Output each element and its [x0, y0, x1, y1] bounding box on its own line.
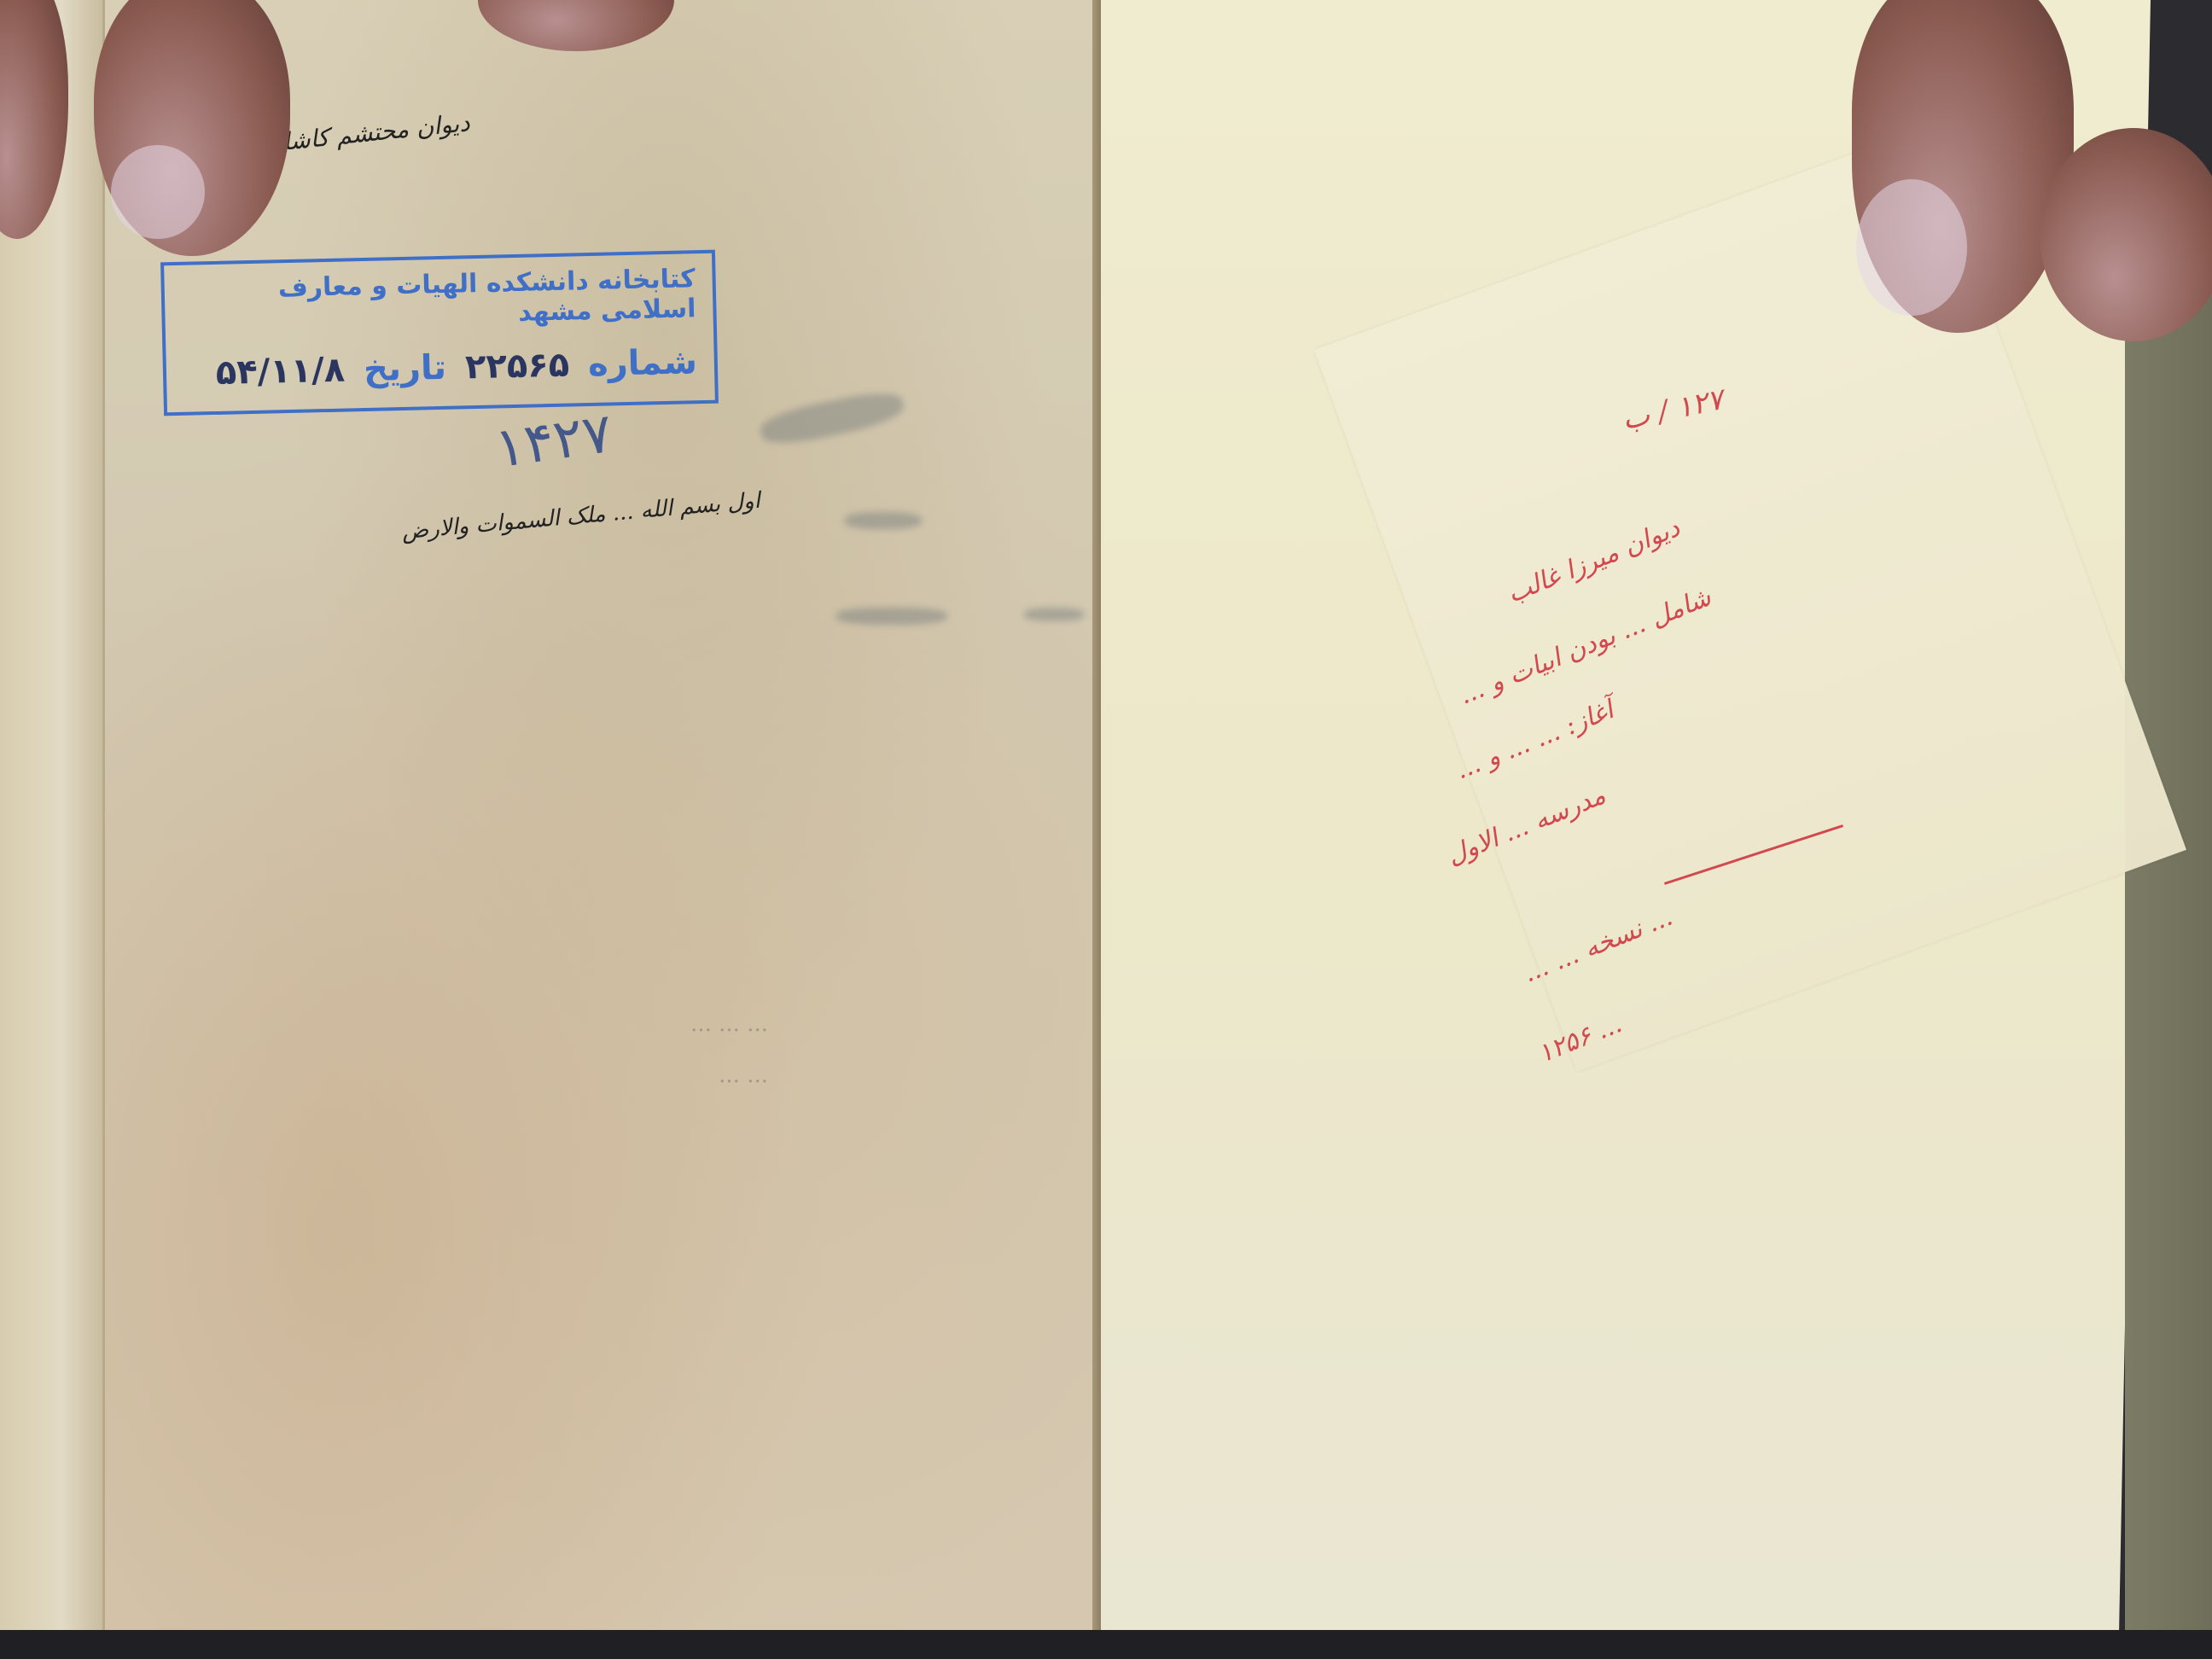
page-edge	[0, 0, 105, 1643]
faint-line: ... ...	[410, 1050, 768, 1101]
right-margin	[2125, 273, 2212, 1639]
stamp-institution: کتابخانه دانشکده الهیات و معارف اسلامی م…	[181, 264, 696, 335]
faint-line: ... ... ...	[410, 998, 768, 1050]
ink-smudge	[836, 608, 947, 625]
stamp-details: شماره ۲۲۵۶۵ تاریخ ۵۴/۱۱/۸	[183, 342, 697, 393]
faint-bleedthrough-text: ... ... ... ... ...	[410, 998, 768, 1101]
fingernail	[111, 145, 205, 239]
library-stamp: کتابخانه دانشکده الهیات و معارف اسلامی م…	[160, 250, 719, 416]
bottom-edge	[0, 1630, 2212, 1659]
manuscript-photo: دیوان محتشم کاشانی کتابخانه دانشکده الهی…	[0, 0, 2212, 1659]
fingernail	[1856, 179, 1967, 316]
stamp-date-label: تاریخ	[364, 348, 447, 389]
ink-smudge	[1024, 608, 1084, 621]
stamp-number-label: شماره	[588, 342, 698, 384]
book-gutter	[1092, 0, 1101, 1643]
ink-smudge	[845, 512, 922, 529]
stamp-number-value: ۲۲۵۶۵	[465, 346, 570, 387]
stamp-date-value: ۵۴/۱۱/۸	[215, 351, 345, 393]
